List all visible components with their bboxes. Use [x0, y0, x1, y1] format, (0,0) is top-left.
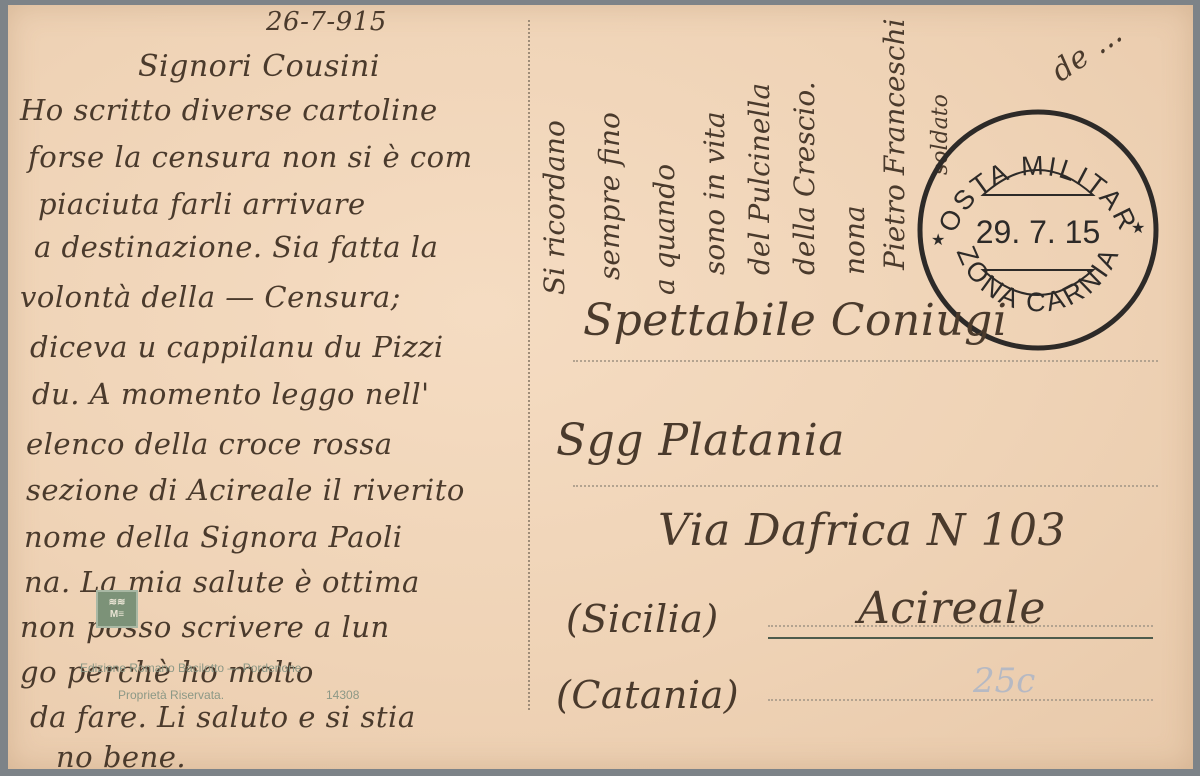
message-line: volontà della — Censura; [20, 280, 401, 314]
address-line-1: Spettabile Coniugi [583, 295, 1007, 346]
address-rule [768, 699, 1153, 701]
message-line: diceva u cappilanu du Pizzi [30, 330, 444, 364]
address-region: (Sicilia) [566, 597, 719, 641]
vertical-note-line: nona [838, 205, 871, 275]
publisher-logo: ≋≋ M≡ [96, 590, 138, 628]
card-number: 14308 [326, 688, 359, 702]
message-line: no bene. [56, 740, 186, 774]
vertical-note-extra: de ... [1045, 16, 1129, 89]
address-line-3: Via Dafrica N 103 [658, 505, 1066, 556]
rights-notice: Proprietà Riservata. [118, 688, 224, 702]
address-province: (Catania) [556, 673, 739, 717]
svg-text:★: ★ [931, 230, 945, 249]
address-rule [573, 485, 1158, 487]
message-greeting: Signori Cousini [138, 49, 380, 84]
address-city: Acireale [858, 583, 1046, 634]
vertical-note-line: sempre fino [593, 112, 626, 280]
message-line: da fare. Li saluto e si stia [30, 700, 416, 734]
message-line: forse la censura non si è com [28, 140, 473, 174]
vertical-note-line: del Pulcinella [743, 83, 776, 275]
postcard: 26-7-915 Signori Cousini Ho scritto dive… [8, 5, 1193, 769]
vertical-note-line: della Crescio. [788, 81, 821, 275]
address-rule [573, 360, 1158, 362]
message-line: du. A momento leggo nell' [32, 377, 430, 411]
message-date: 26-7-915 [266, 7, 387, 37]
publisher-imprint: Edizione Romano Bacilotto — Pordenone [80, 661, 301, 675]
message-line: a destinazione. Sia fatta la [34, 230, 438, 264]
message-line: na. La mia salute è ottima [24, 565, 420, 599]
logo-bottom: M≡ [110, 609, 124, 621]
vertical-note-line: Si ricordano [538, 120, 571, 295]
vertical-note-line: a quando [648, 164, 681, 295]
message-line: elenco della croce rossa [26, 427, 393, 461]
vertical-note-line: Pietro Franceschi [878, 18, 911, 270]
center-divider [528, 20, 530, 710]
postmark-date: 29. 7. 15 [976, 214, 1101, 250]
logo-top: ≋≋ [109, 597, 126, 609]
message-line: Ho scritto diverse cartoline [20, 93, 438, 127]
message-line: nome della Signora Paoli [24, 520, 403, 554]
vertical-note-line: sono in vita [698, 111, 731, 275]
svg-text:★: ★ [1131, 218, 1145, 237]
pencil-note: 25c [973, 661, 1035, 701]
message-line: piaciuta farli arrivare [38, 187, 366, 221]
address-underline [768, 637, 1153, 639]
address-line-2: Sgg Platania [556, 415, 845, 466]
message-line: non posso scrivere a lun [20, 610, 390, 644]
message-line: sezione di Acireale il riverito [26, 473, 465, 507]
